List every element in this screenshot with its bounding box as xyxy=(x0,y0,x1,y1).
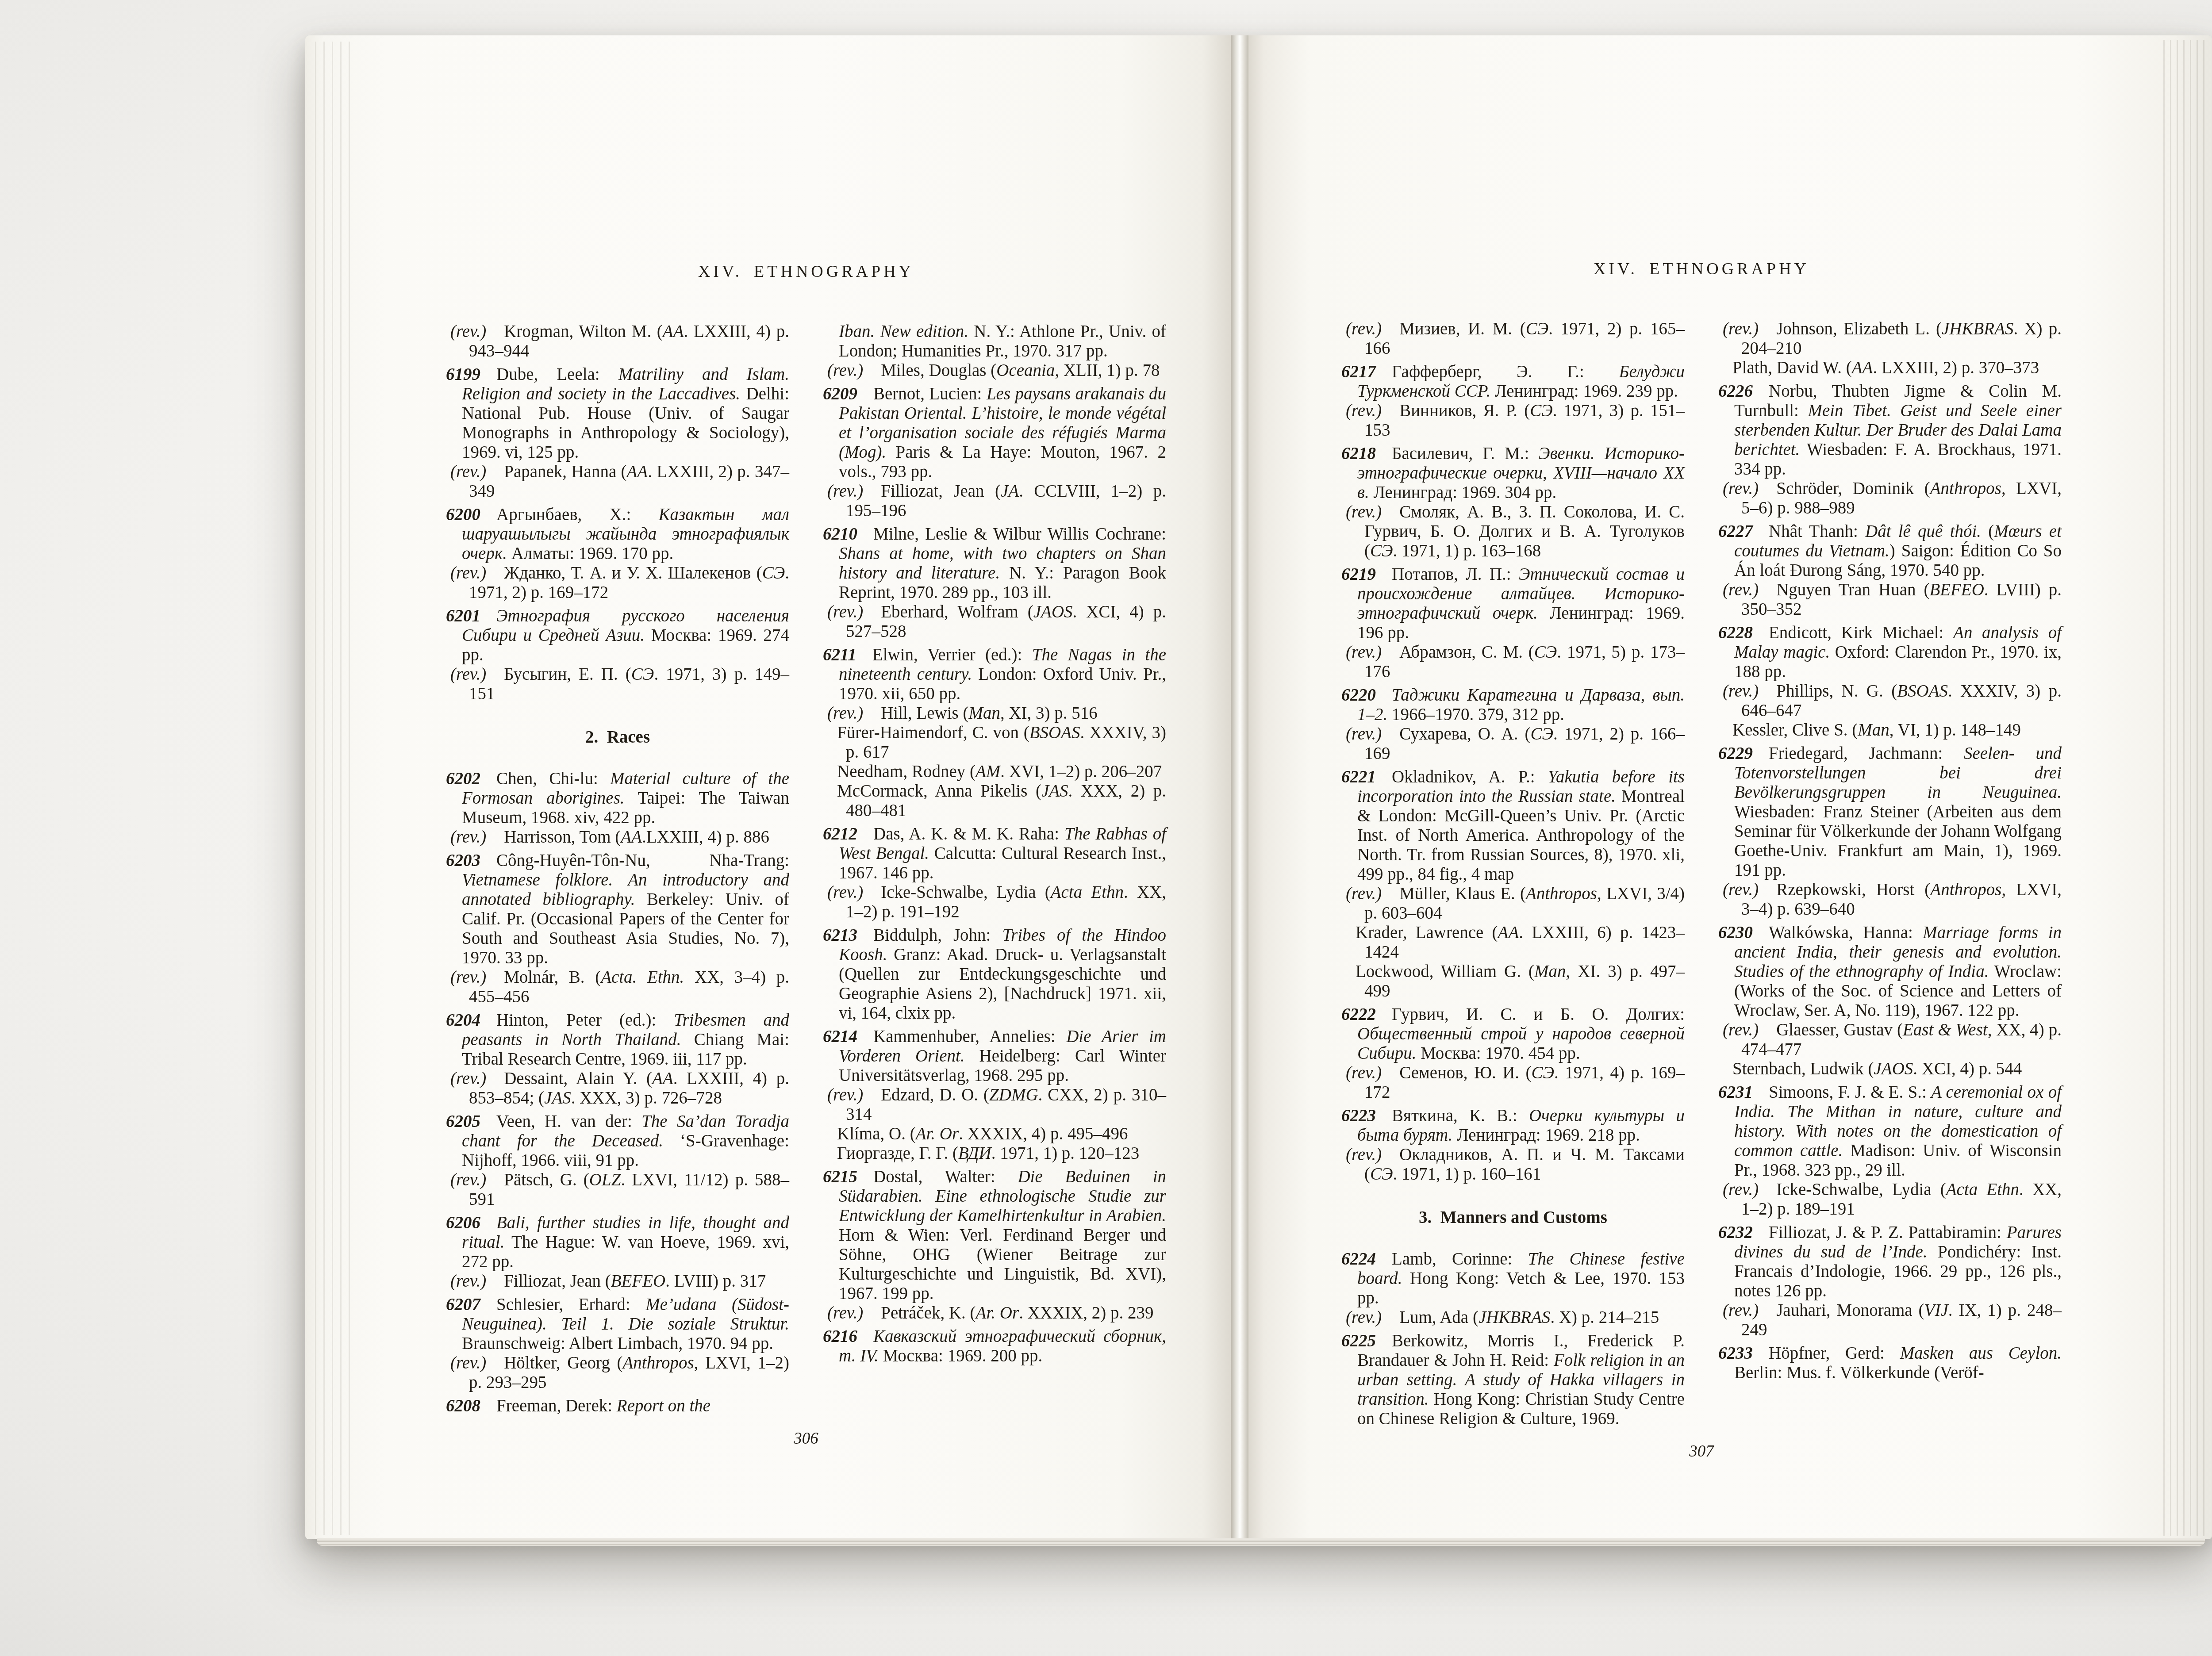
bibliography-entry: 6206Bali, further studies in life, thoug… xyxy=(446,1213,789,1272)
bibliography-entry: 6199Dube, Leela: Matriliny and Islam. Re… xyxy=(446,365,789,462)
bibliography-entry: 6207Schlesier, Erhard: Me’udana (Südost-… xyxy=(446,1295,789,1353)
text-segment: AA xyxy=(1852,358,1873,377)
text-segment: Masken aus Ceylon. xyxy=(1900,1344,2062,1363)
entry-number: 6228 xyxy=(1718,623,1753,642)
entry-number: 6203 xyxy=(446,851,480,870)
text-segment: Müller, Klaus E. ( xyxy=(1399,884,1526,903)
review-citation: (rev.)Papanek, Hanna (AA. LXXIII, 2) p. … xyxy=(446,462,789,501)
bibliography-entry: 6201Этнография русского населения Сибири… xyxy=(446,606,789,665)
review-citation: (rev.)Phillips, N. G. (BSOAS. XXXIV, 3) … xyxy=(1718,682,2062,721)
review-label: (rev.) xyxy=(1723,1301,1759,1320)
review-citation: (rev.)Смоляк, А. В., З. П. Соколова, И. … xyxy=(1341,502,1685,561)
entry-number: 6213 xyxy=(823,926,857,945)
bibliography-entry: 6202Chen, Chi-lu: Material culture of th… xyxy=(446,769,789,828)
page-306: XIV. ETHNOGRAPHY (rev.)Krogman, Wilton M… xyxy=(305,35,1231,1539)
text-segment: AA xyxy=(627,462,648,481)
review-citation: (rev.)Жданко, Т. А. и У. Х. Шалекенов (С… xyxy=(446,563,789,602)
review-citation: McCormack, Anna Pikelis (JAS. XXX, 2) p.… xyxy=(823,782,1166,820)
text-segment: Мизиев, И. М. ( xyxy=(1399,319,1526,338)
review-citation: (rev.)Мизиев, И. М. (СЭ. 1971, 2) p. 165… xyxy=(1341,319,1685,358)
entry-number: 6224 xyxy=(1341,1250,1376,1269)
text-segment: .LXXIII, 4) p. 886 xyxy=(642,828,769,847)
review-label: (rev.) xyxy=(450,322,486,341)
section-heading: 2. Races xyxy=(446,728,789,747)
text-segment: Filliozat, J. & P. Z. Pattabiramin: xyxy=(1769,1223,2007,1242)
review-citation: Krader, Lawrence (AA. LXXIII, 6) p. 1423… xyxy=(1341,923,1685,962)
text-segment: Man xyxy=(1858,721,1889,740)
bibliography-entry: 6215Dostal, Walter: Die Beduinen in Süda… xyxy=(823,1167,1166,1303)
text-segment: Hong Kong: Vetch & Lee, 1970. 153 pp. xyxy=(1357,1269,1685,1307)
text-segment: Eberhard, Wolfram ( xyxy=(881,602,1033,621)
entry-number: 6204 xyxy=(446,1011,480,1030)
text-segment: 1966–1970. 379, 312 pp. xyxy=(1387,705,1564,724)
text-segment: Report on the xyxy=(617,1396,710,1415)
text-segment: Schlesier, Erhard: xyxy=(496,1295,645,1314)
bibliography-entry: 6212Das, A. K. & M. K. Raha: The Rabhas … xyxy=(823,824,1166,883)
entry-number: 6215 xyxy=(823,1167,857,1186)
review-label: (rev.) xyxy=(827,1303,863,1322)
review-label: (rev.) xyxy=(1346,401,1382,420)
text-segment: Freeman, Derek: xyxy=(496,1396,617,1415)
entry-number: 6227 xyxy=(1718,522,1753,541)
text-segment: Hinton, Peter (ed.): xyxy=(496,1011,674,1030)
review-citation: (rev.)Icke-Schwalbe, Lydia (Acta Ethn. X… xyxy=(823,883,1166,922)
review-citation: (rev.)Eberhard, Wolfram (JAOS. XCI, 4) p… xyxy=(823,602,1166,641)
text-segment: Iban. New edition. xyxy=(839,322,968,341)
review-citation: (rev.)Müller, Klaus E. (Anthropos, LXVI,… xyxy=(1341,884,1685,923)
text-segment: СЭ xyxy=(1370,541,1393,560)
entry-number: 6223 xyxy=(1341,1106,1376,1125)
review-citation: (rev.)Edzard, D. O. (ZDMG. CXX, 2) p. 31… xyxy=(823,1085,1166,1124)
page-306-content: XIV. ETHNOGRAPHY (rev.)Krogman, Wilton M… xyxy=(305,35,1231,1539)
review-label: (rev.) xyxy=(827,482,863,501)
text-segment: Kammenhuber, Annelies: xyxy=(873,1027,1066,1046)
text-segment: . XCI, 4) p. 544 xyxy=(1913,1059,2022,1078)
text-segment: Miles, Douglas ( xyxy=(881,361,996,380)
text-column-1: (rev.)Krogman, Wilton M. (AA. LXXIII, 4)… xyxy=(446,322,789,1416)
text-segment: Phillips, N. G. ( xyxy=(1776,682,1897,701)
text-segment: Ar. Or xyxy=(916,1124,959,1143)
text-segment: . XXXIX, 4) p. 495–496 xyxy=(959,1124,1128,1143)
text-segment: 2. Races xyxy=(585,728,650,747)
text-segment: 3. Manners and Customs xyxy=(1419,1208,1607,1227)
review-label: (rev.) xyxy=(1346,884,1382,903)
text-segment: BSOAS xyxy=(1029,723,1080,742)
text-segment: McCormack, Anna Pikelis ( xyxy=(837,782,1041,801)
review-citation: Lockwood, William G. (Man, XI. 3) p. 497… xyxy=(1341,962,1685,1001)
review-citation: Гиоргазде, Г. Г. (ВДИ. 1971, 1) p. 120–1… xyxy=(823,1144,1166,1163)
text-segment: Lockwood, William G. ( xyxy=(1356,962,1534,981)
entry-number: 6209 xyxy=(823,384,857,403)
text-segment: JHKBRAS xyxy=(1479,1308,1550,1327)
text-segment: The Hague: W. van Hoeve, 1969. xvi, 272 … xyxy=(462,1233,789,1271)
bibliography-entry: 6213Biddulph, John: Tribes of the Hindoo… xyxy=(823,926,1166,1023)
text-segment: Horn & Wien: Verl. Ferdinand Berger und … xyxy=(839,1226,1166,1303)
review-citation: Sternbach, Ludwik (JAOS. XCI, 4) p. 544 xyxy=(1718,1059,2062,1079)
entry-number: 6219 xyxy=(1341,565,1376,584)
review-label: (rev.) xyxy=(827,704,863,723)
text-segment: Filliozat, Jean ( xyxy=(504,1272,611,1291)
review-label: (rev.) xyxy=(1723,580,1759,599)
text-segment: Dât lê quê thói. xyxy=(1865,522,1981,541)
review-citation: (rev.)Harrisson, Tom (AA.LXXIII, 4) p. 8… xyxy=(446,828,789,847)
entry-number: 6199 xyxy=(446,365,480,384)
entry-number: 6201 xyxy=(446,606,480,625)
text-segment: СЭ xyxy=(762,563,785,583)
page-number-306: 306 xyxy=(446,1429,1166,1448)
text-segment: Алматы: 1969. 170 pp. xyxy=(507,544,673,563)
review-citation: Fürer-Haimendorf, C. von (BSOAS. XXXIV, … xyxy=(823,723,1166,762)
text-segment: Braunschweig: Albert Limbach, 1970. 94 p… xyxy=(462,1334,773,1353)
page-number-307: 307 xyxy=(1341,1442,2062,1461)
text-segment: Man xyxy=(968,704,1000,723)
bibliography-entry: 6228Endicott, Kirk Michael: An analysis … xyxy=(1718,623,2062,682)
text-segment: Johnson, Elizabeth L. ( xyxy=(1776,319,1942,338)
bibliography-entry: 6230Walkówska, Hanna: Marriage forms in … xyxy=(1718,923,2062,1020)
text-segment: Гиоргазде, Г. Г. ( xyxy=(837,1144,958,1163)
text-segment: Nhât Thanh: xyxy=(1769,522,1865,541)
text-segment: AA xyxy=(1498,923,1519,942)
text-segment: Krogman, Wilton M. ( xyxy=(504,322,663,341)
bibliography-entry: 6220Таджики Каратегина и Дарваза, вып. 1… xyxy=(1341,686,1685,724)
entry-number: 6218 xyxy=(1341,444,1376,463)
text-segment: Schröder, Dominik ( xyxy=(1776,479,1930,498)
review-label: (rev.) xyxy=(450,968,486,987)
text-segment: . 1971, 1) p. 163–168 xyxy=(1393,541,1541,560)
entry-number: 6231 xyxy=(1718,1083,1753,1102)
text-segment: Acta Ethn xyxy=(1946,1180,2019,1199)
text-segment: Endicott, Kirk Michael: xyxy=(1769,623,1953,642)
running-header-right: XIV. ETHNOGRAPHY xyxy=(1341,259,2062,279)
review-label: (rev.) xyxy=(827,602,863,621)
review-citation: Kessler, Clive S. (Man, VI, 1) p. 148–14… xyxy=(1718,721,2062,740)
entry-number: 6230 xyxy=(1718,923,1753,942)
text-segment: Pätsch, G. ( xyxy=(504,1170,589,1189)
bibliography-entry: 6218Басилевич, Г. М.: Эвенки. Историко-э… xyxy=(1341,444,1685,502)
review-label: (rev.) xyxy=(1723,880,1759,899)
review-label: (rev.) xyxy=(450,1272,486,1291)
text-segment: Needham, Rodney ( xyxy=(837,762,975,781)
text-segment: Jauhari, Monorama ( xyxy=(1776,1301,1924,1320)
text-segment: Elwin, Verrier (ed.): xyxy=(872,645,1032,664)
review-label: (rev.) xyxy=(827,361,863,380)
text-segment: Anthropos xyxy=(1930,880,2001,899)
entry-number: 6200 xyxy=(446,505,480,524)
review-citation: (rev.)Molnár, B. (Acta. Ethn. XX, 3–4) p… xyxy=(446,968,789,1007)
text-segment: . XXXIX, 2) p. 239 xyxy=(1019,1303,1153,1322)
page-306-columns: (rev.)Krogman, Wilton M. (AA. LXXIII, 4)… xyxy=(446,322,1166,1416)
text-segment: СЭ xyxy=(1534,643,1557,662)
bibliography-entry: 6233Höpfner, Gerd: Masken aus Ceylon. Be… xyxy=(1718,1344,2062,1383)
text-segment: СЭ xyxy=(1370,1165,1393,1184)
review-citation: (rev.)Höltker, Georg (Anthropos, LXVI, 1… xyxy=(446,1353,789,1392)
review-citation: (rev.)Johnson, Elizabeth L. (JHKBRAS. X)… xyxy=(1718,319,2062,358)
text-segment: Вяткина, К. В.: xyxy=(1392,1106,1529,1125)
book-gutter xyxy=(1231,35,1248,1539)
text-segment: Acta. Ethn. xyxy=(601,968,684,987)
text-segment: Simoons, F. J. & E. S.: xyxy=(1769,1083,1931,1102)
review-citation: (rev.)Семенов, Ю. И. (СЭ. 1971, 4) p. 16… xyxy=(1341,1063,1685,1102)
text-column-2: Iban. New edition. N. Y.: Athlone Pr., U… xyxy=(823,322,1166,1416)
text-segment: , XLII, 1) p. 78 xyxy=(1055,361,1160,380)
text-segment: AM xyxy=(975,762,1000,781)
bibliography-entry: 6210Milne, Leslie & Wilbur Willis Cochra… xyxy=(823,525,1166,602)
review-citation: (rev.)Jauhari, Monorama (VIJ. IX, 1) p. … xyxy=(1718,1301,2062,1340)
text-segment: Milne, Leslie & Wilbur Willis Cochrane: xyxy=(873,525,1166,544)
review-citation: (rev.)Schröder, Dominik (Anthropos, LXVI… xyxy=(1718,479,2062,518)
bibliography-entry: 6200Аргынбаев, Х.: Казактын мал шаруашыл… xyxy=(446,505,789,563)
text-segment: Dostal, Walter: xyxy=(873,1167,1018,1186)
review-citation: (rev.)Винников, Я. Р. (СЭ. 1971, 3) p. 1… xyxy=(1341,401,1685,440)
text-segment: СЭ xyxy=(1530,401,1553,420)
text-segment: East & West xyxy=(1903,1020,1988,1039)
review-citation: (rev.)Nguyen Tran Huan (BEFEO. LVIII) p.… xyxy=(1718,580,2062,619)
text-column-1: (rev.)Мизиев, И. М. (СЭ. 1971, 2) p. 165… xyxy=(1341,319,1685,1429)
entry-number: 6208 xyxy=(446,1396,480,1415)
text-segment: Nguyen Tran Huan ( xyxy=(1776,580,1929,599)
text-segment: BSOAS xyxy=(1897,682,1948,701)
text-segment: . XXX, 3) p. 726–728 xyxy=(571,1089,722,1108)
text-segment: Công-Huyên-Tôn-Nu, Nha-Trang: xyxy=(496,851,789,870)
review-citation: (rev.)Krogman, Wilton M. (AA. LXXIII, 4)… xyxy=(446,322,789,361)
text-segment: Biddulph, John: xyxy=(873,926,1002,945)
text-segment: AA xyxy=(652,1069,673,1088)
entry-number: 6226 xyxy=(1718,382,1753,401)
review-label: (rev.) xyxy=(1723,479,1759,498)
text-segment: Chen, Chi-lu: xyxy=(496,769,610,788)
text-segment: ( xyxy=(1981,522,1994,541)
review-label: (rev.) xyxy=(1346,1063,1382,1082)
review-citation: (rev.)Glaesser, Gustav (East & West, XX,… xyxy=(1718,1020,2062,1059)
text-segment: Ленинград: 1969. 304 pp. xyxy=(1369,483,1557,502)
text-segment: . 1971, 1) p. 120–123 xyxy=(991,1144,1140,1163)
review-citation: (rev.)Rzepkowski, Horst (Anthropos, LXVI… xyxy=(1718,880,2062,919)
text-segment: . X) p. 214–215 xyxy=(1550,1308,1659,1327)
text-segment: Семенов, Ю. И. ( xyxy=(1399,1063,1531,1082)
review-label: (rev.) xyxy=(1723,319,1759,338)
text-segment: Kessler, Clive S. ( xyxy=(1732,721,1858,740)
text-segment: СЭ xyxy=(1526,319,1549,338)
text-segment: VIJ xyxy=(1924,1301,1948,1320)
text-segment: Höpfner, Gerd: xyxy=(1769,1344,1900,1363)
bibliography-entry: 6214Kammenhuber, Annelies: Die Arier im … xyxy=(823,1027,1166,1085)
review-citation: (rev.)Бусыгин, Е. П. (СЭ. 1971, 3) p. 14… xyxy=(446,665,789,704)
review-citation: (rev.)Filliozat, Jean (JA. CCLVIII, 1–2)… xyxy=(823,482,1166,521)
text-segment: СЭ xyxy=(1532,1063,1555,1082)
text-segment: Потапов, Л. П.: xyxy=(1392,565,1519,584)
text-segment: Man xyxy=(1534,962,1566,981)
bibliography-entry: 6231Simoons, F. J. & E. S.: A ceremonial… xyxy=(1718,1083,2062,1180)
text-segment: Molnár, B. ( xyxy=(504,968,601,987)
text-segment: Icke-Schwalbe, Lydia ( xyxy=(1776,1180,1946,1199)
text-segment: Icke-Schwalbe, Lydia ( xyxy=(881,883,1051,902)
review-label: (rev.) xyxy=(450,828,486,847)
text-segment: Винников, Я. Р. ( xyxy=(1399,401,1530,420)
text-segment: Bernot, Lucien: xyxy=(873,384,987,403)
review-label: (rev.) xyxy=(827,1085,863,1104)
text-segment: Rzepkowski, Horst ( xyxy=(1776,880,1930,899)
text-segment: Абрамзон, С. М. ( xyxy=(1399,643,1534,662)
text-segment: Wiesbaden: Franz Steiner (Arbeiten aus d… xyxy=(1734,802,2062,880)
text-segment: Okladnikov, A. P.: xyxy=(1392,767,1548,786)
text-segment: Ar. Or xyxy=(976,1303,1019,1322)
review-citation: Plath, David W. (AA. LXXIII, 2) p. 370–3… xyxy=(1718,358,2062,378)
review-label: (rev.) xyxy=(1346,724,1382,744)
entry-number: 6212 xyxy=(823,824,857,843)
entry-number: 6211 xyxy=(823,645,856,664)
text-segment: . LXXIII, 2) p. 370–373 xyxy=(1873,358,2039,377)
text-segment: Lum, Ada ( xyxy=(1399,1308,1479,1327)
text-segment: Dessaint, Alain Y. ( xyxy=(504,1069,652,1088)
photo-background: XIV. ETHNOGRAPHY (rev.)Krogman, Wilton M… xyxy=(0,0,2212,1656)
entry-number: 6206 xyxy=(446,1213,480,1232)
review-citation: (rev.)Абрамзон, С. М. (СЭ. 1971, 5) p. 1… xyxy=(1341,643,1685,682)
text-segment: . XVI, 1–2) p. 206–207 xyxy=(1000,762,1162,781)
text-segment: Edzard, D. O. ( xyxy=(881,1085,989,1104)
entry-number: 6233 xyxy=(1718,1344,1753,1363)
text-segment: Walkówska, Hanna: xyxy=(1769,923,1923,942)
text-segment: BEFEO xyxy=(1929,580,1984,599)
text-segment: Oceania xyxy=(996,361,1055,380)
text-segment: JAOS xyxy=(1033,602,1073,621)
text-segment: Басилевич, Г. М.: xyxy=(1392,444,1539,463)
bibliography-entry: 6227Nhât Thanh: Dât lê quê thói. (Mœurs … xyxy=(1718,522,2062,580)
text-segment: Sternbach, Ludwik ( xyxy=(1732,1059,1874,1078)
text-column-2: (rev.)Johnson, Elizabeth L. (JHKBRAS. X)… xyxy=(1718,319,2062,1429)
text-segment: AA xyxy=(663,322,684,341)
text-segment: Höltker, Georg ( xyxy=(504,1353,622,1372)
text-segment: BEFEO xyxy=(611,1272,665,1291)
text-segment: Москва: 1970. 454 pp. xyxy=(1416,1044,1580,1063)
text-segment: Granz: Akad. Druck- u. Verlagsanstalt (Q… xyxy=(839,945,1166,1023)
bibliography-entry: 6216Кавказский этнографический сборник, … xyxy=(823,1327,1166,1366)
bibliography-entry: 6223Вяткина, К. В.: Очерки культуры и бы… xyxy=(1341,1106,1685,1145)
entry-number: 6205 xyxy=(446,1112,480,1131)
text-segment: OLZ xyxy=(589,1170,621,1189)
review-label: (rev.) xyxy=(1346,319,1382,338)
review-label: (rev.) xyxy=(1346,1145,1382,1164)
text-segment: Petráček, K. ( xyxy=(881,1303,975,1322)
text-segment: Anthropos xyxy=(623,1353,694,1372)
text-segment: Paris & La Haye: Mouton, 1967. 2 vols., … xyxy=(839,443,1166,481)
entry-number: 6225 xyxy=(1341,1331,1376,1350)
entry-number: 6216 xyxy=(823,1327,857,1346)
text-segment: Veen, H. van der: xyxy=(496,1112,641,1131)
review-label: (rev.) xyxy=(1346,1308,1382,1327)
bibliography-entry: 6209Bernot, Lucien: Les paysans arakanai… xyxy=(823,384,1166,482)
review-citation: (rev.)Miles, Douglas (Oceania, XLII, 1) … xyxy=(823,361,1166,380)
entry-number: 6217 xyxy=(1341,362,1376,381)
text-segment: Glaesser, Gustav ( xyxy=(1776,1020,1903,1039)
bibliography-entry: 6205Veen, H. van der: The Sa’dan Toradja… xyxy=(446,1112,789,1170)
section-heading: 3. Manners and Customs xyxy=(1341,1208,1685,1227)
review-label: (rev.) xyxy=(450,1353,486,1372)
text-segment: Ленинград: 1969. 218 pp. xyxy=(1452,1126,1640,1145)
page-307-columns: (rev.)Мизиев, И. М. (СЭ. 1971, 2) p. 165… xyxy=(1341,319,2062,1429)
bibliography-entry: 6224Lamb, Corinne: The Chinese festive b… xyxy=(1341,1250,1685,1308)
text-segment: Hill, Lewis ( xyxy=(881,704,968,723)
text-segment: Гафферберг, Э. Г.: xyxy=(1392,362,1619,381)
text-segment: Гурвич, И. С. и Б. О. Долгих: xyxy=(1392,1005,1685,1024)
text-segment: Papanek, Hanna ( xyxy=(504,462,626,481)
bibliography-entry: 6232Filliozat, J. & P. Z. Pattabiramin: … xyxy=(1718,1223,2062,1301)
page-stack-edge-bottom xyxy=(317,1538,2205,1546)
text-segment: . LVIII) p. 317 xyxy=(665,1272,766,1291)
text-segment: Ленинград: 1969. 239 pp. xyxy=(1490,382,1678,401)
bibliography-entry: 6229Friedegard, Jachmann: Seelen- und To… xyxy=(1718,744,2062,880)
text-segment: Anthropos xyxy=(1930,479,2001,498)
entry-number: 6220 xyxy=(1341,686,1376,705)
review-citation: (rev.)Pätsch, G. (OLZ. LXVI, 11/12) p. 5… xyxy=(446,1170,789,1209)
review-citation: (rev.)Icke-Schwalbe, Lydia (Acta Ethn. X… xyxy=(1718,1180,2062,1219)
entry-number: 6207 xyxy=(446,1295,480,1314)
text-segment: СЭ xyxy=(631,665,654,684)
bibliography-entry: 6221Okladnikov, A. P.: Yakutia before it… xyxy=(1341,767,1685,884)
text-segment: JHKBRAS xyxy=(1942,319,2013,338)
entry-number: 6221 xyxy=(1341,767,1376,786)
text-segment: ZDMG xyxy=(989,1085,1038,1104)
text-segment: Acta Ethn xyxy=(1051,883,1124,902)
review-label: (rev.) xyxy=(1723,1180,1759,1199)
text-segment: Dube, Leela: xyxy=(496,365,618,384)
entry-number: 6232 xyxy=(1718,1223,1753,1242)
bibliography-entry: 6222Гурвич, И. С. и Б. О. Долгих: Общест… xyxy=(1341,1005,1685,1063)
running-header-left: XIV. ETHNOGRAPHY xyxy=(446,262,1166,281)
review-citation: Needham, Rodney (AM. XVI, 1–2) p. 206–20… xyxy=(823,762,1166,782)
review-label: (rev.) xyxy=(827,883,863,902)
text-segment: Жданко, Т. А. и У. Х. Шалекенов ( xyxy=(504,563,762,583)
bibliography-entry: 6217Гафферберг, Э. Г.: Белуджи Туркменск… xyxy=(1341,362,1685,401)
bibliography-entry: 6208Freeman, Derek: Report on the xyxy=(446,1396,789,1416)
review-citation: (rev.)Dessaint, Alain Y. (AA. LXXIII, 4)… xyxy=(446,1069,789,1108)
review-label: (rev.) xyxy=(450,462,486,481)
review-citation: (rev.)Petráček, K. (Ar. Or. XXXIX, 2) p.… xyxy=(823,1303,1166,1323)
review-label: (rev.) xyxy=(450,563,486,583)
review-citation: Klíma, O. (Ar. Or. XXXIX, 4) p. 495–496 xyxy=(823,1124,1166,1144)
review-label: (rev.) xyxy=(1346,502,1382,521)
bibliography-entry: 6226Norbu, Thubten Jigme & Colin M. Turn… xyxy=(1718,382,2062,479)
text-segment: . 1971, 1) p. 160–161 xyxy=(1393,1165,1541,1184)
text-segment: , VI, 1) p. 148–149 xyxy=(1889,721,2021,740)
entry-number: 6229 xyxy=(1718,744,1753,763)
text-segment: Filliozat, Jean ( xyxy=(881,482,1001,501)
review-label: (rev.) xyxy=(450,665,486,684)
text-segment: Krader, Lawrence ( xyxy=(1356,923,1498,942)
review-label: (rev.) xyxy=(1723,682,1759,701)
review-citation: (rev.)Filliozat, Jean (BEFEO. LVIII) p. … xyxy=(446,1272,789,1291)
text-segment: , XI, 3) p. 516 xyxy=(1000,704,1098,723)
bibliography-entry: 6211Elwin, Verrier (ed.): The Nagas in t… xyxy=(823,645,1166,704)
review-citation: (rev.)Окладников, А. П. и Ч. М. Таксами … xyxy=(1341,1145,1685,1184)
bibliography-entry: 6219Потапов, Л. П.: Этнический состав и … xyxy=(1341,565,1685,643)
text-segment: Бусыгин, Е. П. ( xyxy=(504,665,631,684)
entry-number: 6214 xyxy=(823,1027,857,1046)
text-segment: Lamb, Corinne: xyxy=(1392,1250,1528,1269)
entry-number: 6210 xyxy=(823,525,857,544)
text-segment: Москва: 1969. 200 pp. xyxy=(879,1346,1042,1365)
text-segment: Plath, David W. ( xyxy=(1732,358,1852,377)
review-label: (rev.) xyxy=(450,1170,486,1189)
page-307: XIV. ETHNOGRAPHY (rev.)Мизиев, И. М. (СЭ… xyxy=(1248,35,2212,1539)
review-citation: (rev.)Сухарева, О. А. (СЭ. 1971, 2) p. 1… xyxy=(1341,724,1685,763)
entry-continuation: Iban. New edition. N. Y.: Athlone Pr., U… xyxy=(823,322,1166,361)
text-segment: JAS xyxy=(544,1089,571,1108)
open-book: XIV. ETHNOGRAPHY (rev.)Krogman, Wilton M… xyxy=(305,35,2212,1539)
review-citation: (rev.)Lum, Ada (JHKBRAS. X) p. 214–215 xyxy=(1341,1308,1685,1327)
text-segment: JA xyxy=(1001,482,1019,501)
entry-number: 6222 xyxy=(1341,1005,1376,1024)
text-segment: AA xyxy=(621,828,642,847)
